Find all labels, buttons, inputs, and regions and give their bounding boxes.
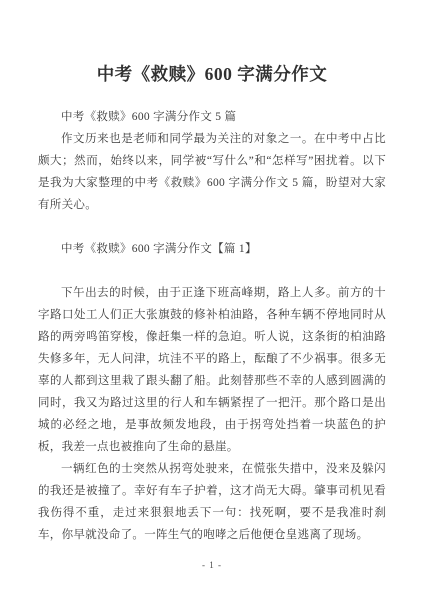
essay-paragraph-1: 下午出去的时候，由于正逢下班高峰期，路上人多。前方的十字路口处工人们正大张旗鼓的… (38, 282, 386, 458)
document-page: 中考《救赎》600 字满分作文 中考《救赎》600 字满分作文 5 篇 作文历来… (0, 0, 424, 600)
page-number: - 1 - (0, 560, 424, 570)
essay-paragraph-2: 一辆红色的士突然从拐弯处驶来，在慌张失措中，没来及躲闪的我还是被撞了。幸好有车子… (38, 458, 386, 546)
intro-paragraph: 作文历来也是老师和同学最为关注的对象之一。在中考中占比颇大；然而，始终以来，同学… (38, 128, 386, 216)
document-title: 中考《救赎》600 字满分作文 (0, 0, 424, 86)
subtitle-line: 中考《救赎》600 字满分作文 5 篇 (38, 106, 386, 128)
section-heading: 中考《救赎》600 字满分作文【篇 1】 (38, 238, 386, 260)
document-body: 中考《救赎》600 字满分作文 5 篇 作文历来也是老师和同学最为关注的对象之一… (0, 106, 424, 546)
